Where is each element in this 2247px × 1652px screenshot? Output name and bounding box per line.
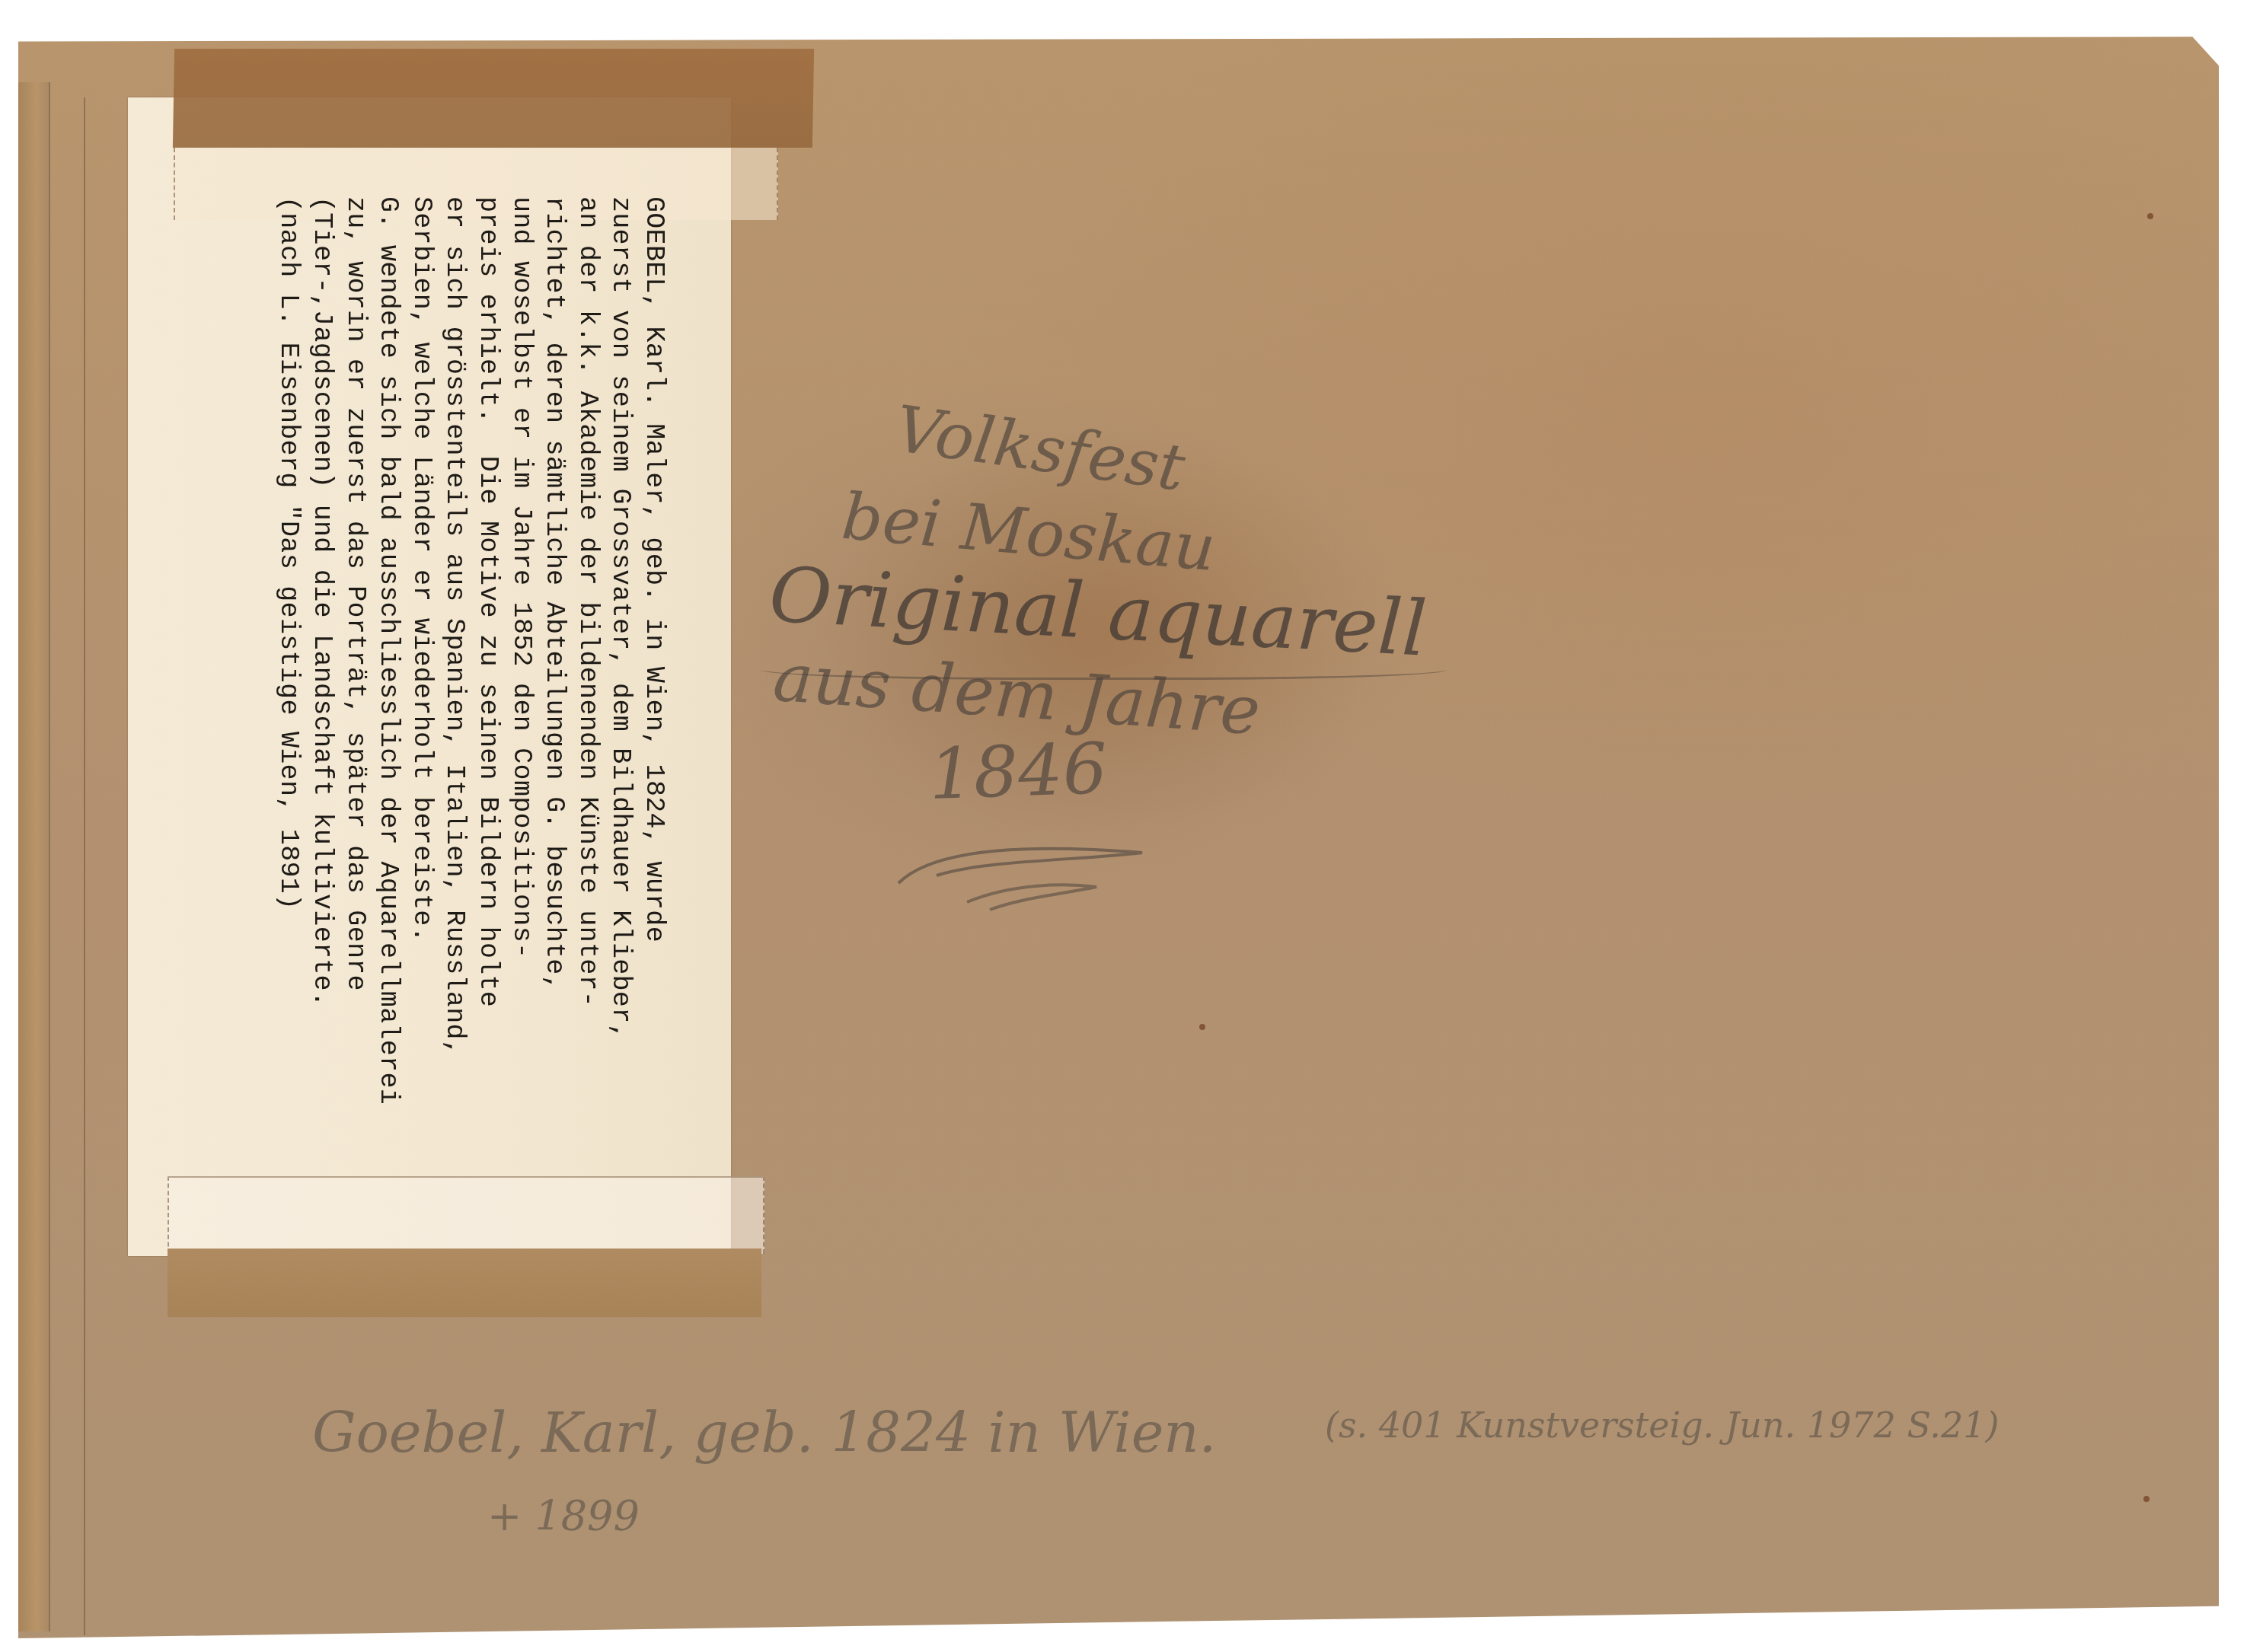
pencil-artist-note: Goebel, Karl, geb. 1824 in Wien. bbox=[312, 1401, 1217, 1465]
label-line: (nach L. Eisenberg "Das geistige Wien, 1… bbox=[272, 196, 305, 1080]
left-edge-strip bbox=[18, 82, 50, 1631]
label-line: zu, worin er zuerst das Porträt, später … bbox=[338, 196, 372, 1080]
pencil-year: 1846 bbox=[927, 728, 1109, 815]
label-line: er sich grösstenteils aus Spanien, Itali… bbox=[438, 196, 471, 1080]
label-line: zuerst von seinem Grossvater, dem Bildha… bbox=[604, 196, 637, 1080]
paper-blemish bbox=[1199, 1024, 1205, 1030]
label-line: und woselbst er im Jahre 1852 den Compos… bbox=[504, 196, 538, 1080]
label-line: an der k.k. Akademie der bildenenden Kün… bbox=[570, 196, 604, 1080]
label-line: Serbien, welche Länder er wiederholt ber… bbox=[404, 196, 438, 1080]
tape-strip-bottom-translucent bbox=[168, 1176, 764, 1254]
label-line: G. wendete sich bald ausschliesslich der… bbox=[372, 196, 405, 1080]
tape-strip-bottom bbox=[168, 1249, 761, 1317]
paper-blemish bbox=[2147, 213, 2153, 219]
typed-biography: GOEBEL, Karl. Maler, geb. in Wien, 1824,… bbox=[206, 196, 670, 1080]
tape-strip-top bbox=[173, 49, 814, 148]
label-line: preis erhielt. Die Motive zu seinen Bild… bbox=[471, 196, 504, 1080]
label-line: richtet, deren sämtliche Abteilungen G. … bbox=[538, 196, 571, 1080]
label-line: (Tier-,Jagdscenen) und die Landschaft ku… bbox=[305, 196, 338, 1080]
label-line: GOEBEL, Karl. Maler, geb. in Wien, 1824,… bbox=[637, 196, 670, 1080]
pencil-flourish-icon bbox=[891, 830, 1150, 914]
paper-blemish bbox=[2143, 1496, 2150, 1502]
pencil-death-year: + 1899 bbox=[487, 1492, 640, 1540]
pencil-auction-reference: (s. 401 Kunstversteig. Jun. 1972 S.21) bbox=[1325, 1405, 1999, 1446]
board-fold-line bbox=[84, 97, 85, 1635]
